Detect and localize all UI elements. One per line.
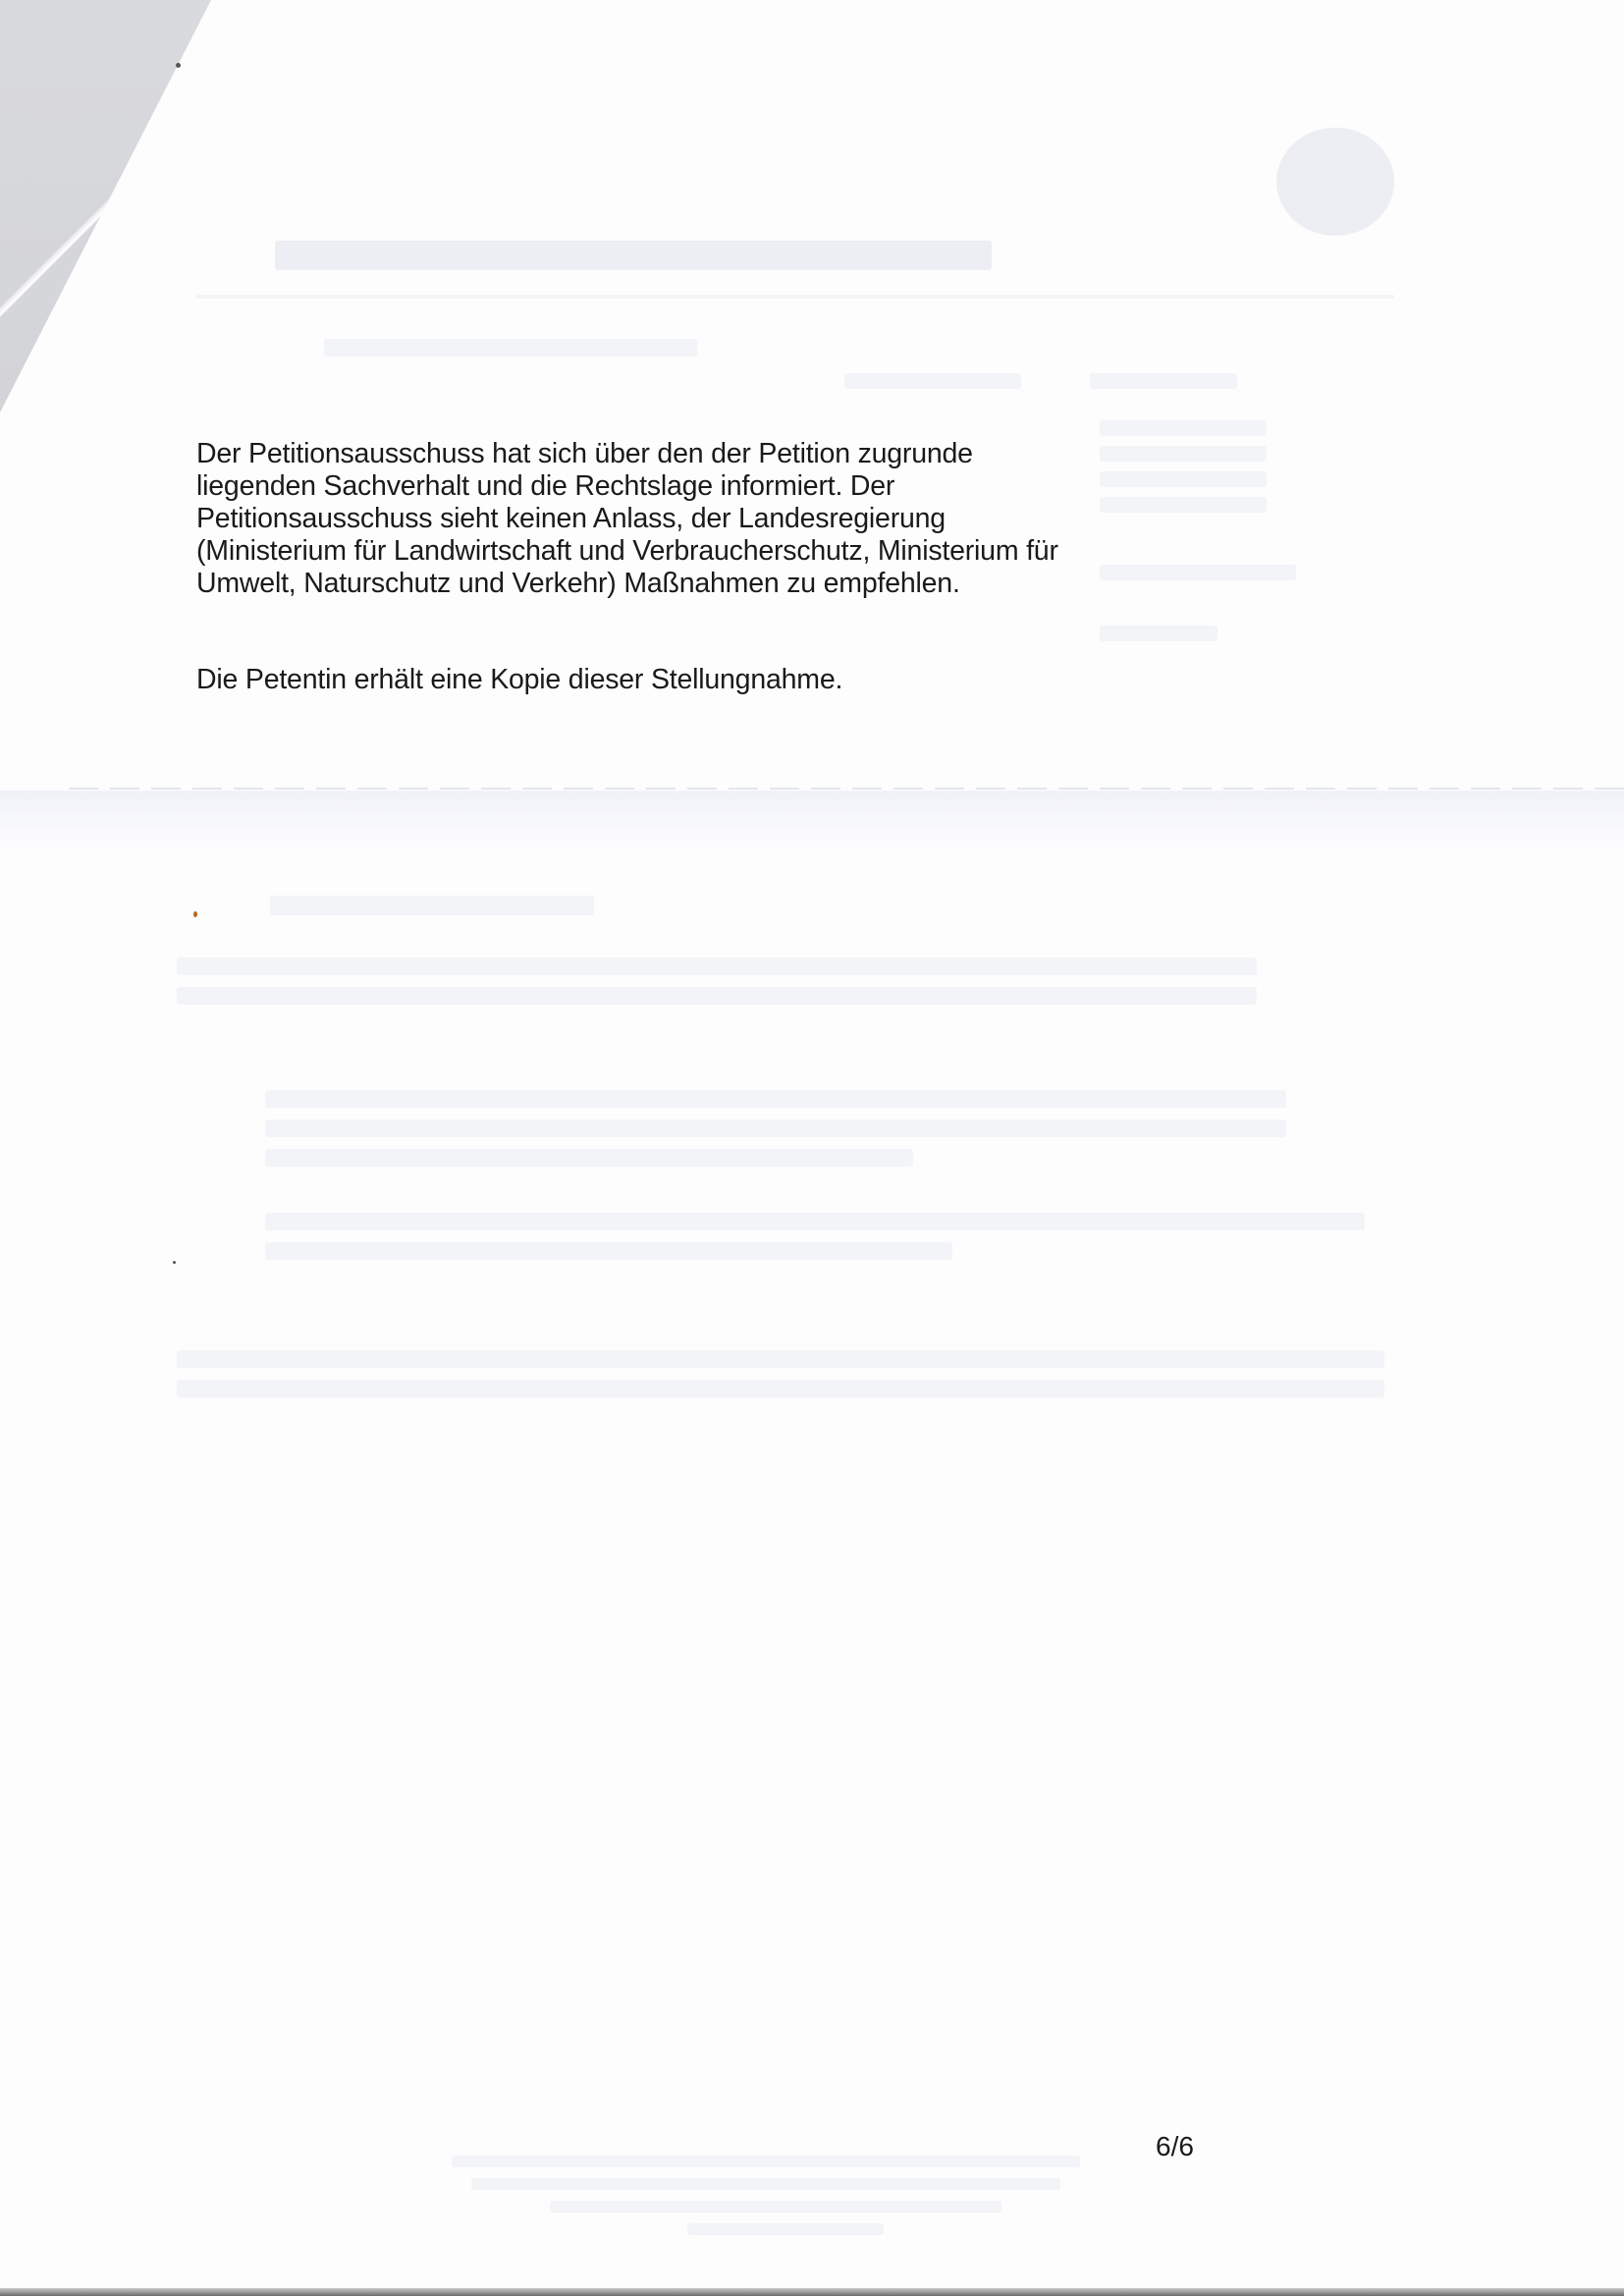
scan-speck xyxy=(176,63,181,68)
scan-speck xyxy=(173,1261,176,1264)
folded-corner xyxy=(0,0,211,412)
scan-bottom-edge xyxy=(0,2288,1624,2296)
scan-speck xyxy=(193,911,197,917)
closing-line: Die Petentin erhält eine Kopie dieser St… xyxy=(196,664,842,696)
fold-shadow xyxy=(0,791,1624,849)
scanned-page: Der Petitionsausschuss hat sich über den… xyxy=(0,0,1624,2296)
paragraph-line: (Ministerium für Landwirtschaft und Verb… xyxy=(196,535,1237,568)
paragraph-line: Petitionsausschuss sieht keinen Anlass, … xyxy=(196,503,1237,535)
statement-paragraph: Der Petitionsausschuss hat sich über den… xyxy=(196,438,1237,600)
paragraph-line: Der Petitionsausschuss hat sich über den… xyxy=(196,438,1237,470)
fold-line xyxy=(69,788,1624,790)
paragraph-line: Umwelt, Naturschutz und Verkehr) Maßnahm… xyxy=(196,568,1237,600)
page-number: 6/6 xyxy=(1156,2131,1194,2162)
paragraph-line: liegenden Sachverhalt und die Rechtslage… xyxy=(196,470,1237,503)
